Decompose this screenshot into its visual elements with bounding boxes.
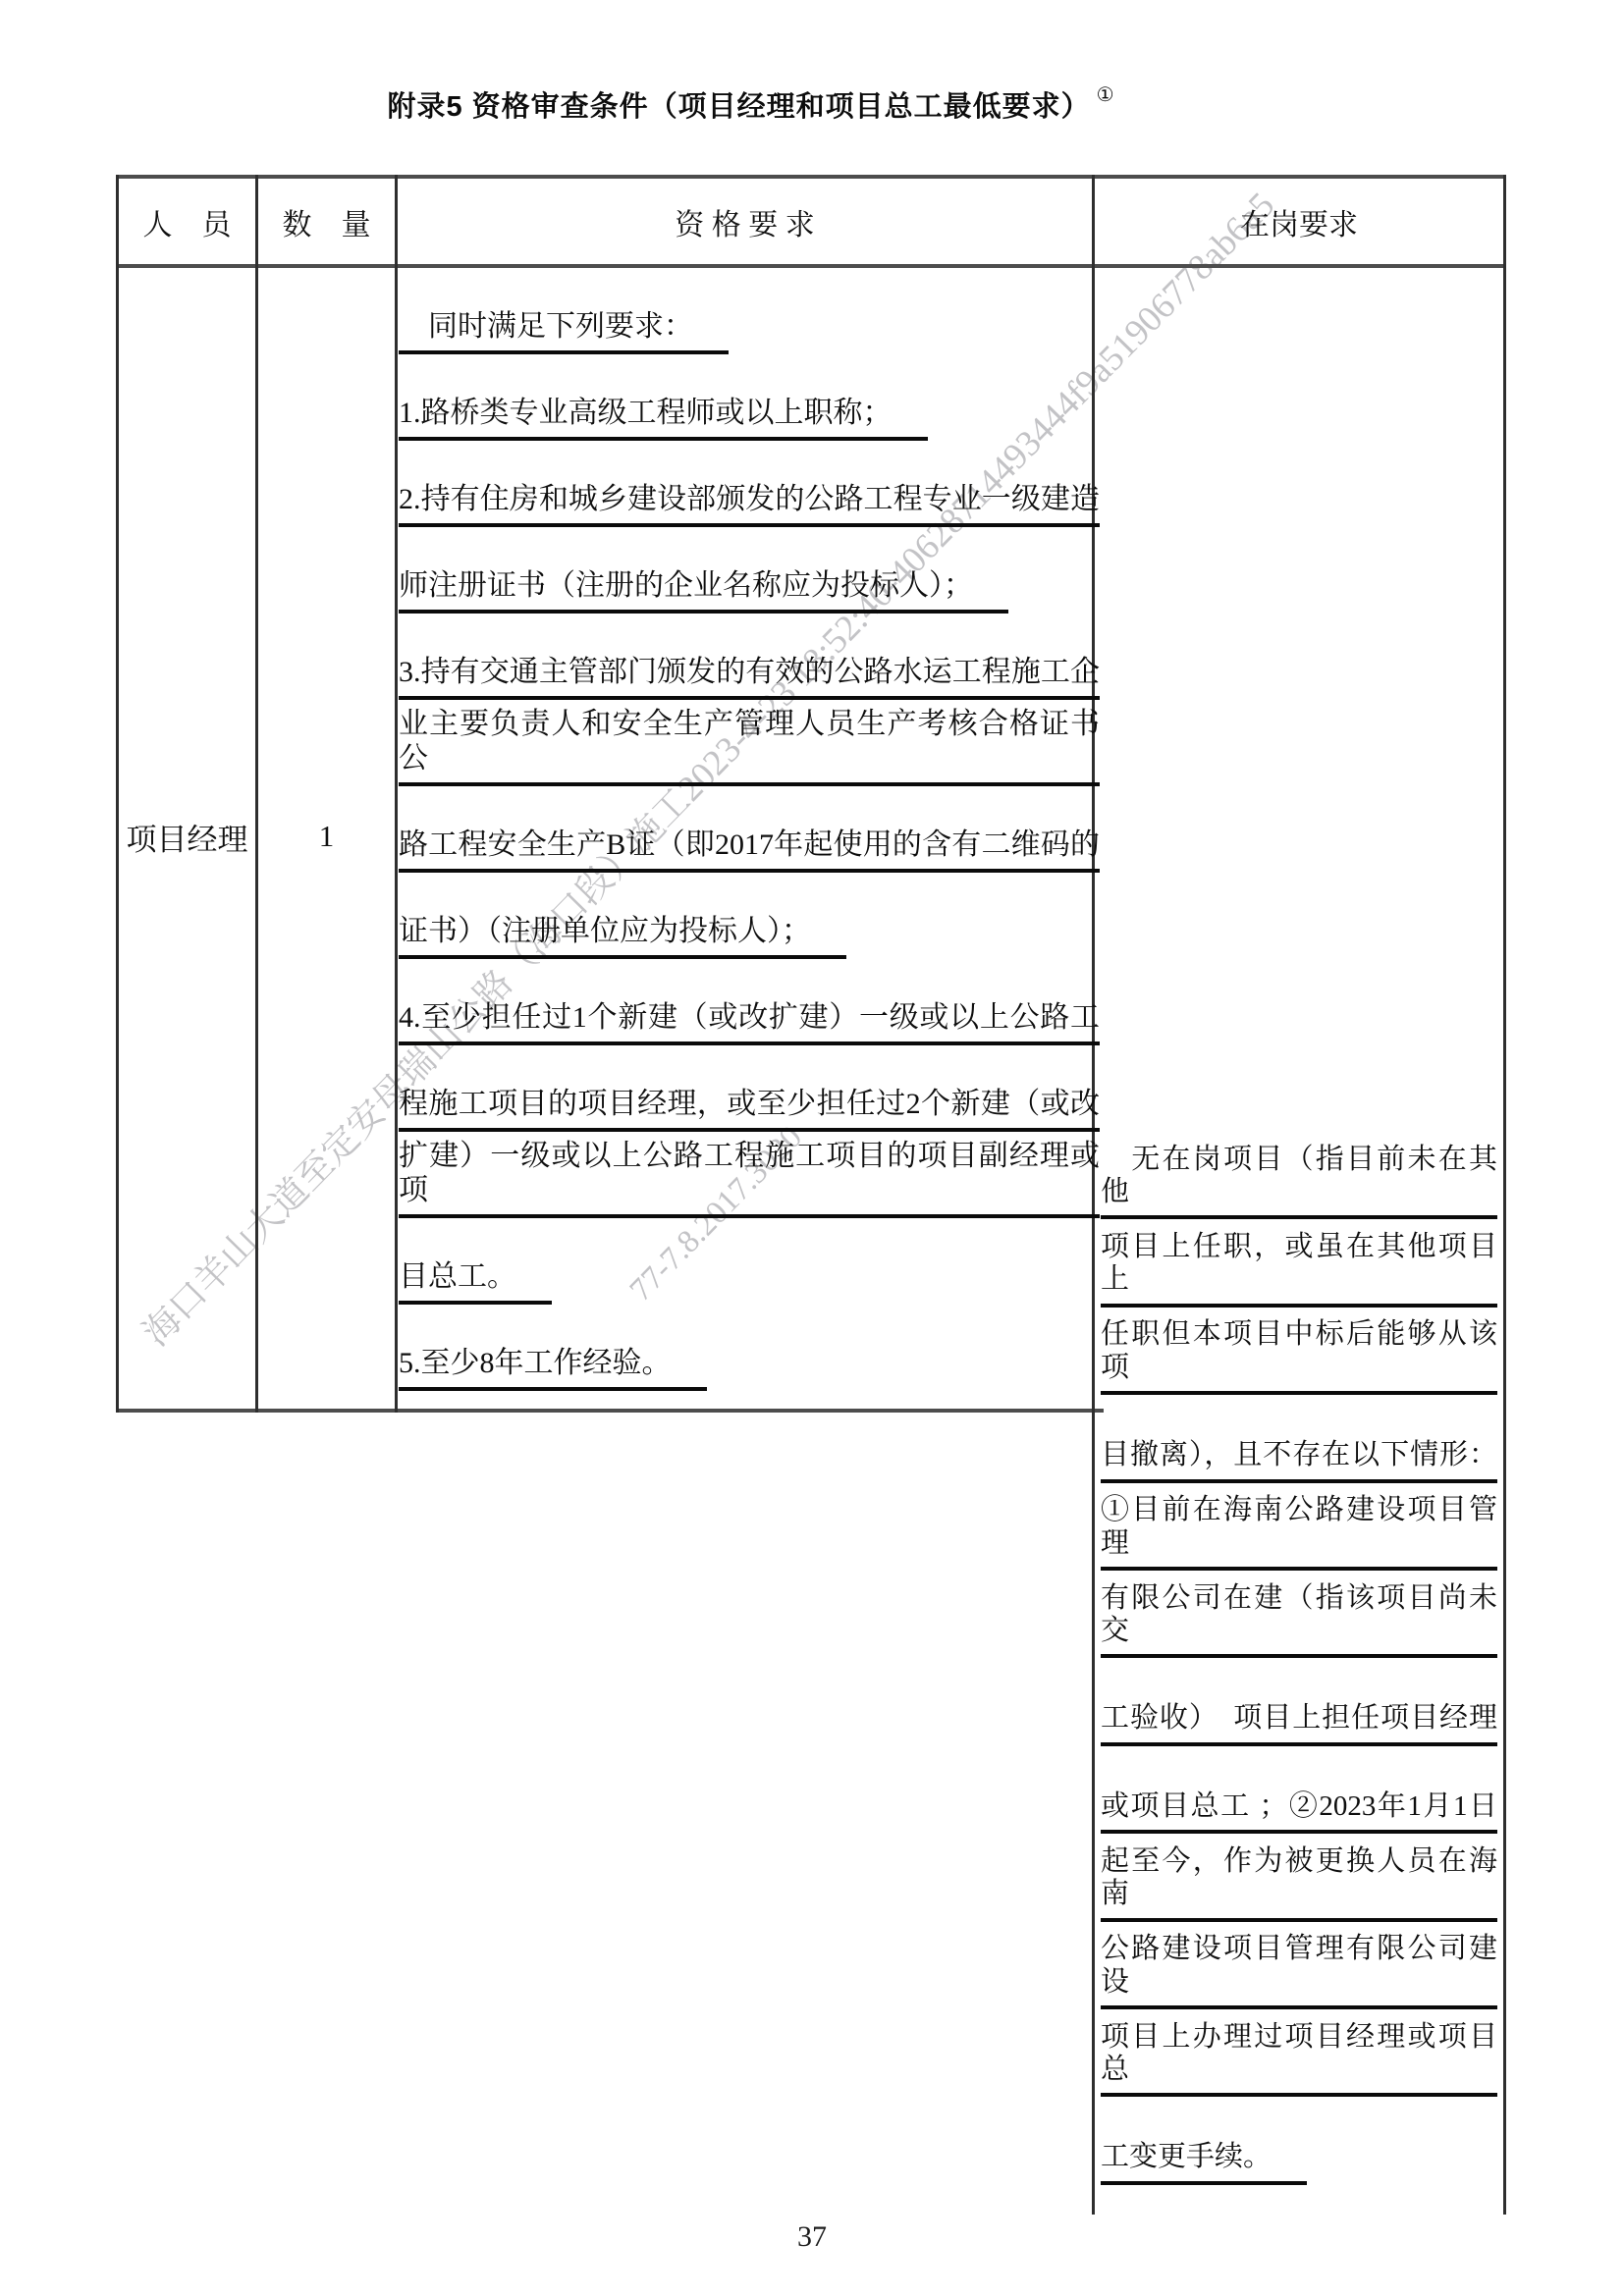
text-line: 任职但本项目中标后能够从该项 (1101, 1308, 1497, 1395)
text-line: 5.至少8年工作经验。 (399, 1305, 1100, 1391)
underlined-text: 师注册证书（注册的企业名称应为投标人）； (399, 569, 1008, 614)
onduty-cell: 无在岗项目（指目前未在其他项目上任职，或虽在其他项目上任职但本项目中标后能够从该… (1101, 1132, 1497, 2185)
underlined-text: 项目上办理过项目经理或项目总 (1101, 2021, 1497, 2098)
underlined-text: 1.路桥类专业高级工程师或以上职称； (399, 397, 928, 442)
text-line: 工验收） 项目上担任项目经理 (1101, 1658, 1497, 1745)
text-line: 同时满足下列要求： (399, 268, 1100, 354)
underlined-text: 项目上任职，或虽在其他项目上 (1101, 1231, 1497, 1308)
underlined-text: 2.持有住房和城乡建设部颁发的公路工程专业一级建造 (399, 483, 1100, 528)
underlined-text: 业主要负责人和安全生产管理人员生产考核合格证书公 (399, 708, 1100, 786)
table-border-row-bottom (116, 1409, 1104, 1413)
text-line: 程施工项目的项目经理，或至少担任过2个新建（或改 (399, 1045, 1100, 1132)
text-line: ①目前在海南公路建设项目管理 (1101, 1483, 1497, 1571)
underlined-text: 或项目总工 ；②2023年1月1日 (1101, 1790, 1497, 1834)
text-line: 路工程安全生产B证（即2017年起使用的含有二维码的 (399, 786, 1100, 873)
underlined-text: 目撤离），且不存在以下情形： (1101, 1439, 1497, 1482)
underlined-text: 扩建）一级或以上公路工程施工项目的项目副经理或项 (399, 1140, 1100, 1218)
text-line: 目撤离），且不存在以下情形： (1101, 1395, 1497, 1482)
text-line: 业主要负责人和安全生产管理人员生产考核合格证书公 (399, 700, 1100, 786)
underlined-text: 同时满足下列要求： (399, 310, 729, 355)
personnel-cell: 项目经理 (119, 268, 255, 1405)
underlined-text: 3.持有交通主管部门颁发的有效的公路水运工程施工企 (399, 656, 1100, 701)
underlined-text: 证书）（注册单位应为投标人）； (399, 915, 846, 960)
underlined-text: 路工程安全生产B证（即2017年起使用的含有二维码的 (399, 828, 1100, 874)
underlined-text: 起至今，作为被更换人员在海南 (1101, 1845, 1497, 1922)
text-line: 目总工。 (399, 1218, 1100, 1305)
text-line: 师注册证书（注册的企业名称应为投标人）； (399, 527, 1100, 614)
underlined-text: 程施工项目的项目经理，或至少担任过2个新建（或改 (399, 1088, 1100, 1133)
column-header-quantity: 数 量 (258, 179, 395, 264)
underlined-text: 工验收） 项目上担任项目经理 (1101, 1702, 1497, 1745)
underlined-text: 5.至少8年工作经验。 (399, 1347, 707, 1392)
text-line: 有限公司在建（指该项目尚未交 (1101, 1571, 1497, 1658)
underlined-text: 4.至少担任过1个新建（或改扩建）一级或以上公路工 (399, 1001, 1100, 1046)
document-page: 海口羊山大道至定安母瑞山公路（海口段）施工2023-4-23 18:52:40-… (0, 0, 1624, 2296)
text-line: 无在岗项目（指目前未在其他 (1101, 1132, 1497, 1219)
text-line: 项目上办理过项目经理或项目总 (1101, 2009, 1497, 2097)
page-title-text: 附录5 资格审查条件（项目经理和项目总工最低要求） (387, 91, 1090, 123)
text-line: 或项目总工 ；②2023年1月1日 (1101, 1746, 1497, 1834)
text-line: 起至今，作为被更换人员在海南 (1101, 1834, 1497, 1921)
column-header-qualification: 资 格 要 求 (398, 179, 1092, 264)
page-title: 附录5 资格审查条件（项目经理和项目总工最低要求）① (0, 84, 1502, 125)
text-line: 工变更手续。 (1101, 2097, 1497, 2184)
column-header-personnel: 人 员 (119, 179, 255, 264)
underlined-text: 有限公司在建（指该项目尚未交 (1101, 1582, 1497, 1659)
table-border-right (1503, 175, 1506, 2215)
underlined-text: 工变更手续。 (1101, 2141, 1307, 2184)
text-line: 项目上任职，或虽在其他项目上 (1101, 1219, 1497, 1307)
text-line: 4.至少担任过1个新建（或改扩建）一级或以上公路工 (399, 959, 1100, 1045)
qualification-cell: 同时满足下列要求：1.路桥类专业高级工程师或以上职称；2.持有住房和城乡建设部颁… (399, 268, 1100, 1391)
underlined-text: 任职但本项目中标后能够从该项 (1101, 1318, 1497, 1395)
title-footnote-marker: ① (1097, 84, 1115, 106)
table-divider-quantity-qualification (395, 175, 398, 1413)
underlined-text: 公路建设项目管理有限公司建设 (1101, 1933, 1497, 2009)
text-line: 证书）（注册单位应为投标人）； (399, 873, 1100, 959)
underlined-text: 目总工。 (399, 1260, 552, 1306)
text-line: 2.持有住房和城乡建设部颁发的公路工程专业一级建造 (399, 441, 1100, 527)
text-line: 扩建）一级或以上公路工程施工项目的项目副经理或项 (399, 1132, 1100, 1218)
page-number: 37 (0, 2220, 1624, 2254)
text-line: 3.持有交通主管部门颁发的有效的公路水运工程施工企 (399, 614, 1100, 700)
underlined-text: ①目前在海南公路建设项目管理 (1101, 1494, 1497, 1571)
underlined-text: 无在岗项目（指目前未在其他 (1101, 1144, 1497, 1220)
quantity-cell: 1 (258, 268, 395, 1405)
column-header-onduty: 在岗要求 (1095, 179, 1503, 264)
text-line: 公路建设项目管理有限公司建设 (1101, 1922, 1497, 2009)
text-line: 1.路桥类专业高级工程师或以上职称； (399, 354, 1100, 441)
